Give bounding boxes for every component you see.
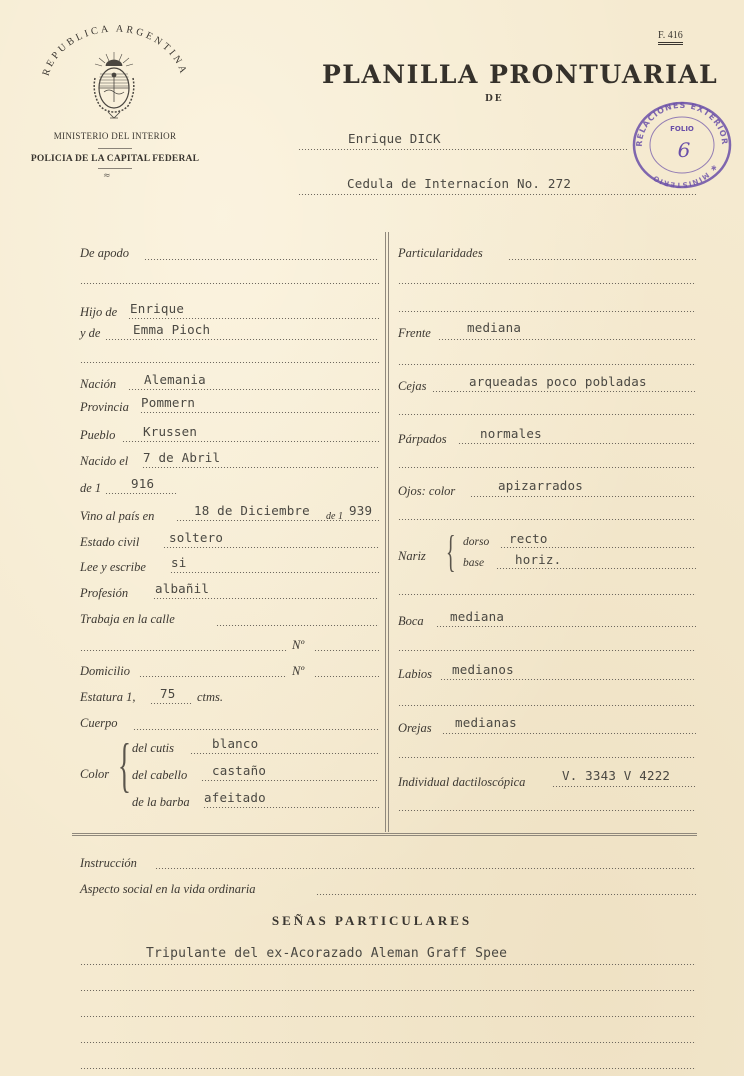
de-1-label: de 1 [80,481,101,496]
de-1-value: 916 [131,476,154,491]
cuerpo-field[interactable] [133,729,379,730]
pueblo-label: Pueblo [80,428,115,443]
nacion-label: Nación [80,377,116,392]
blank-line[interactable] [398,283,696,284]
estado-civil-value: soltero [169,530,223,545]
form-number: F. 416 [658,30,683,43]
title-de: DE [485,94,504,104]
aspecto-label: Aspecto social en la vida ordinaria [80,882,256,897]
dorso-field[interactable] [500,547,696,548]
blank-line[interactable] [398,650,696,651]
parpados-label: Párpados [398,432,447,447]
coat-of-arms-icon [88,48,140,126]
senas-value: Tripulante del ex-Acorazado Aleman Graff… [146,946,507,961]
estatura-label: Estatura 1, [80,690,136,705]
lee-escribe-field[interactable] [170,572,379,573]
column-divider [385,232,389,832]
page-title: PLANILLA PRONTUARIAL [322,60,718,89]
ojos-value: apizarrados [498,478,583,493]
svg-text:FOLIO: FOLIO [670,125,694,133]
name-line [298,149,628,150]
particularidades-label: Particularidades [398,246,483,261]
blank-line[interactable] [398,705,696,706]
barba-field[interactable] [203,807,379,808]
senas-line-1[interactable] [80,964,696,965]
de-1-field[interactable] [105,493,177,494]
profesion-value: albañil [155,581,209,596]
document-page: REPUBLICA ARGENTINA M [0,0,744,1076]
senas-line-2[interactable] [80,990,696,991]
apodo-field[interactable] [144,259,379,260]
blank-line[interactable] [398,414,696,415]
senas-line-3[interactable] [80,1016,696,1017]
trabaja-street-field[interactable] [80,650,287,651]
folio-stamp: DE RELACIONES EXTERIORES ✱ MINISTERIO FO… [626,97,734,189]
parpados-value: normales [480,426,542,441]
dactiloscopica-value: V. 3343 V 4222 [562,768,670,783]
nacido-label: Nacido el [80,454,128,469]
domicilio-no-label: Nº [292,664,304,679]
blank-line[interactable] [398,519,696,520]
blank-line[interactable] [398,467,696,468]
estado-civil-label: Estado civil [80,535,139,550]
lee-escribe-label: Lee y escribe [80,560,146,575]
policia-label: POLICIA DE LA CAPITAL FEDERAL [0,154,230,164]
orejas-field[interactable] [442,733,696,734]
dorso-value: recto [509,531,548,546]
labios-label: Labios [398,667,432,682]
cedula-line [298,194,696,195]
trabaja-field[interactable] [216,625,379,626]
domicilio-no-field[interactable] [314,676,379,677]
blank-line[interactable] [398,810,696,811]
senas-line-4[interactable] [80,1042,696,1043]
vino-year-value: 939 [349,503,372,518]
nacido-field[interactable] [142,467,379,468]
boca-label: Boca [398,614,424,629]
cejas-field[interactable] [432,391,696,392]
cutis-value: blanco [212,736,258,751]
lee-escribe-value: si [171,555,186,570]
instruccion-label: Instrucción [80,856,137,871]
parpados-field[interactable] [458,443,696,444]
provincia-value: Pommern [141,395,195,410]
blank-line[interactable] [80,362,379,363]
cejas-value: arqueadas poco pobladas [469,374,647,389]
cabello-label: del cabello [132,768,187,783]
apodo-label: De apodo [80,246,129,261]
boca-value: mediana [450,609,504,624]
profesion-label: Profesión [80,586,128,601]
barba-label: de la barba [132,795,190,810]
particularidades-field[interactable] [508,259,696,260]
domicilio-label: Domicilio [80,664,130,679]
subject-name: Enrique DICK [348,131,441,146]
frente-value: mediana [467,320,521,335]
labios-value: medianos [452,662,514,677]
blank-line[interactable] [398,757,696,758]
boca-field[interactable] [436,626,696,627]
color-brace: { [118,735,131,795]
estatura-field[interactable] [150,703,192,704]
cedula-number: Cedula de Internacíon No. 272 [347,176,571,191]
senas-line-5[interactable] [80,1068,696,1069]
y-de-field[interactable] [105,339,379,340]
y-de-value: Emma Pioch [133,322,210,337]
hijo-de-value: Enrique [130,301,184,316]
frente-label: Frente [398,326,431,341]
cutis-field[interactable] [190,753,379,754]
cabello-value: castaño [212,763,266,778]
ministerio-label: MINISTERIO DEL INTERIOR [30,131,200,141]
frente-field[interactable] [438,339,696,340]
blank-line[interactable] [80,283,379,284]
cabello-field[interactable] [201,780,379,781]
cuerpo-label: Cuerpo [80,716,118,731]
section-divider [72,833,697,836]
provincia-field[interactable] [140,412,379,413]
senas-particulares-heading: SEÑAS PARTICULARES [0,913,744,929]
instruccion-field[interactable] [155,868,696,869]
base-value: horiz. [515,552,561,567]
vino-value: 18 de Diciembre [194,503,310,518]
nacion-value: Alemania [144,372,206,387]
divider [98,148,132,149]
hijo-de-field[interactable] [128,318,379,319]
vino-field[interactable] [176,520,379,521]
nariz-brace: { [446,530,456,574]
trabaja-no-label: Nº [292,638,304,653]
dactiloscopica-label: Individual dactiloscópica [398,775,525,790]
blank-line[interactable] [398,364,696,365]
ornament-mark: ≈ [103,171,111,181]
svg-text:6: 6 [678,138,691,162]
nacion-field[interactable] [128,389,379,390]
profesion-field[interactable] [153,598,379,599]
provincia-label: Provincia [80,400,129,415]
vino-label: Vino al país en [80,509,154,524]
blank-line[interactable] [398,311,696,312]
nacido-value: 7 de Abril [143,450,220,465]
barba-value: afeitado [204,790,266,805]
y-de-label: y de [80,326,100,341]
trabaja-no-field[interactable] [314,650,379,651]
orejas-label: Orejas [398,721,432,736]
color-label: Color [80,767,109,782]
estatura-value: 75 [160,686,175,701]
nariz-label: Nariz [398,549,426,564]
pueblo-value: Krussen [143,424,197,439]
estado-civil-field[interactable] [163,547,379,548]
base-field[interactable] [496,568,696,569]
domicilio-field[interactable] [139,676,287,677]
cejas-label: Cejas [398,379,426,394]
estatura-unit: ctms. [197,690,223,705]
blank-line[interactable] [398,594,696,595]
dactiloscopica-field[interactable] [552,786,696,787]
labios-field[interactable] [440,679,696,680]
ojos-label: Ojos: color [398,484,455,499]
pueblo-field[interactable] [122,441,379,442]
trabaja-label: Trabaja en la calle [80,612,175,627]
divider [98,168,132,169]
hijo-de-label: Hijo de [80,305,117,320]
base-label: base [463,557,484,569]
ojos-field[interactable] [470,496,696,497]
orejas-value: medianas [455,715,517,730]
aspecto-field[interactable] [316,894,696,895]
cutis-label: del cutis [132,741,174,756]
dorso-label: dorso [463,536,489,548]
